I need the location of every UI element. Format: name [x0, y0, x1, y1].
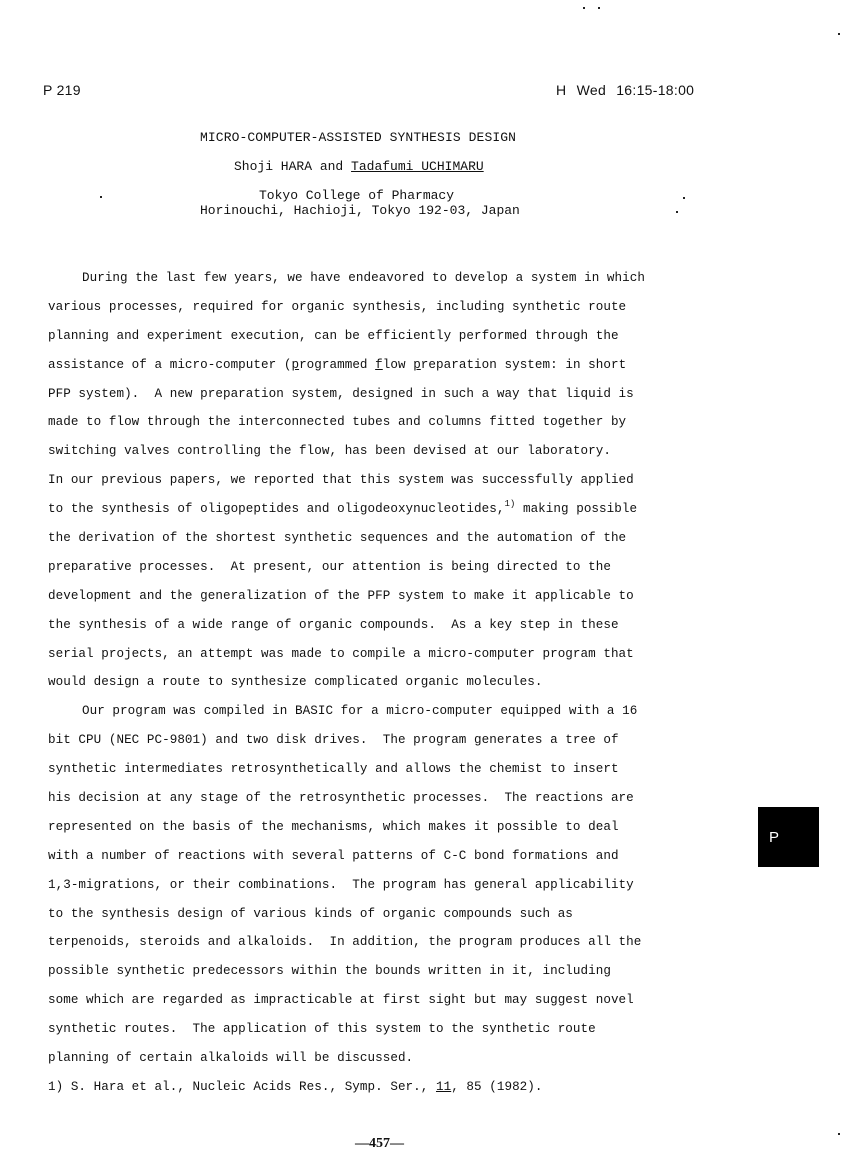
body-line: PFP system). A new preparation system, d… — [48, 380, 748, 409]
author-2-presenting: Tadafumi UCHIMARU — [351, 159, 484, 174]
section-tab-poster: P — [758, 807, 819, 867]
scan-speck — [838, 1133, 840, 1135]
poster-id: P 219 — [43, 82, 81, 98]
scan-speck — [676, 211, 678, 213]
body-line: with a number of reactions with several … — [48, 842, 748, 871]
body-line-acronym: assistance of a micro-computer (programm… — [48, 351, 748, 380]
page-number: —457— — [355, 1136, 404, 1152]
body-line: planning of certain alkaloids will be di… — [48, 1044, 748, 1073]
body-line: Our program was compiled in BASIC for a … — [48, 697, 748, 726]
body-line: would design a route to synthesize compl… — [48, 668, 748, 697]
body-line: terpenoids, steroids and alkaloids. In a… — [48, 928, 748, 957]
session-time: H Wed 16:15-18:00 — [556, 82, 694, 98]
body-line: various processes, required for organic … — [48, 293, 748, 322]
scan-speck — [100, 196, 102, 198]
author-1: Shoji HARA — [234, 159, 312, 174]
scan-speck — [583, 7, 585, 9]
body-line: serial projects, an attempt was made to … — [48, 640, 748, 669]
body-line: the synthesis of a wide range of organic… — [48, 611, 748, 640]
body-line: made to flow through the interconnected … — [48, 408, 748, 437]
body-line: some which are regarded as impracticable… — [48, 986, 748, 1015]
affiliation-line-2: Horinouchi, Hachioji, Tokyo 192-03, Japa… — [200, 203, 520, 218]
footnote-volume: 11 — [436, 1080, 451, 1094]
body-line: bit CPU (NEC PC-9801) and two disk drive… — [48, 726, 748, 755]
body-line: to the synthesis design of various kinds… — [48, 900, 748, 929]
citation-superscript: 1) — [504, 499, 515, 509]
author-conjunction: and — [320, 159, 343, 174]
paper-title: MICRO-COMPUTER-ASSISTED SYNTHESIS DESIGN — [200, 130, 516, 145]
body-line-citation: to the synthesis of oligopeptides and ol… — [48, 495, 748, 524]
body-line: In our previous papers, we reported that… — [48, 466, 748, 495]
body-line: preparative processes. At present, our a… — [48, 553, 748, 582]
body-line: 1,3-migrations, or their combinations. T… — [48, 871, 748, 900]
scan-speck — [838, 33, 840, 35]
body-line: planning and experiment execution, can b… — [48, 322, 748, 351]
author-line: Shoji HARA and Tadafumi UCHIMARU — [234, 159, 484, 174]
body-line: the derivation of the shortest synthetic… — [48, 524, 748, 553]
affiliation-line-1: Tokyo College of Pharmacy — [259, 188, 454, 203]
body-line: switching valves controlling the flow, h… — [48, 437, 748, 466]
body-line: During the last few years, we have endea… — [48, 264, 748, 293]
body-line: possible synthetic predecessors within t… — [48, 957, 748, 986]
body-line: represented on the basis of the mechanis… — [48, 813, 748, 842]
scan-speck — [683, 197, 685, 199]
footnote-reference: 1) S. Hara et al., Nucleic Acids Res., S… — [48, 1073, 748, 1102]
body-line: his decision at any stage of the retrosy… — [48, 784, 748, 813]
section-tab-label: P — [769, 829, 779, 846]
body-line: synthetic routes. The application of thi… — [48, 1015, 748, 1044]
body-line: development and the generalization of th… — [48, 582, 748, 611]
scan-speck — [598, 7, 600, 9]
body-line: synthetic intermediates retrosynthetical… — [48, 755, 748, 784]
abstract-body: During the last few years, we have endea… — [48, 264, 748, 1102]
